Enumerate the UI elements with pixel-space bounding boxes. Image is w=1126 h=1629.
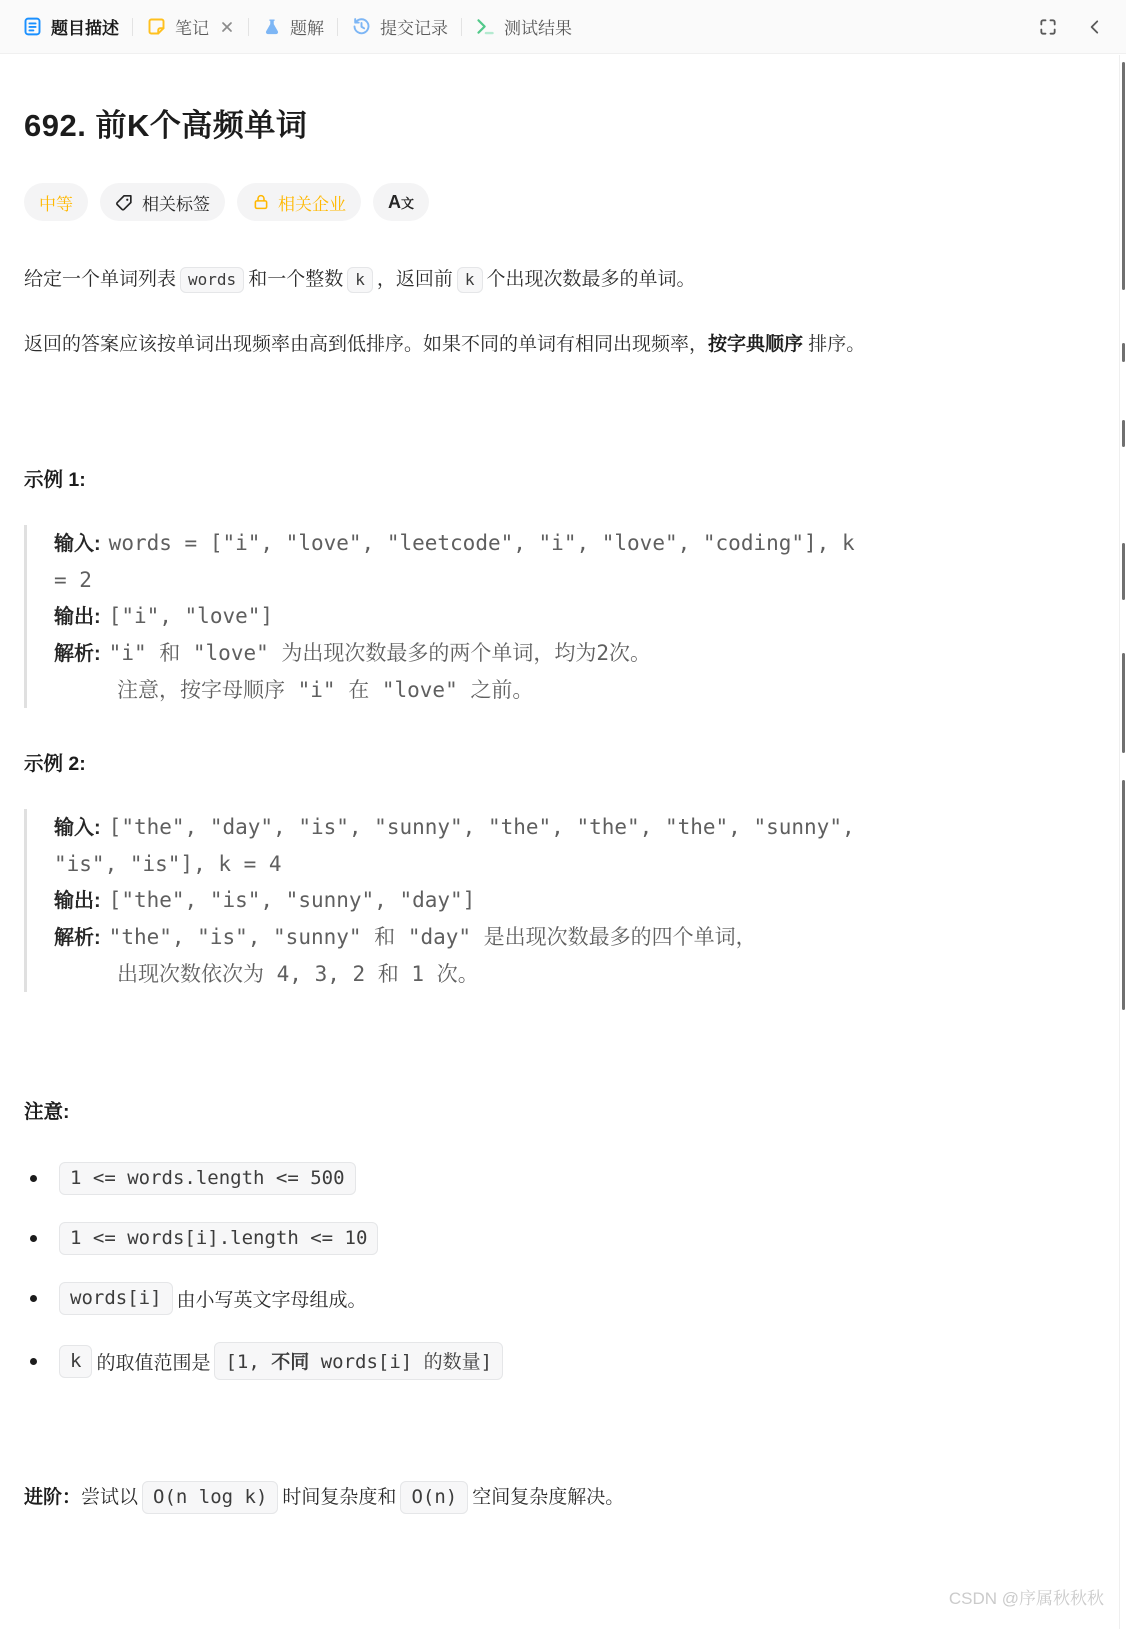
csdn-watermark: CSDN @序属秋秋秋	[949, 1584, 1104, 1609]
description-paragraph-1: 给定一个单词列表words和一个整数k，返回前k个出现次数最多的单词。	[24, 261, 1086, 299]
tab-solutions[interactable]: 题解	[262, 14, 324, 39]
tab-label: 笔记	[175, 14, 209, 39]
scrollbar-mark[interactable]	[1122, 653, 1125, 753]
inline-code: k	[59, 1345, 92, 1378]
page-title: 692. 前K个高频单词	[24, 100, 1086, 145]
inline-code: k	[347, 267, 373, 293]
inline-code: k	[457, 267, 483, 293]
example-2-explanation: 解析:"the", "is", "sunny" 和 "day" 是出现次数最多的…	[54, 919, 1086, 956]
constraints-list: 1 <= words.length <= 500 1 <= words[i].l…	[24, 1162, 1086, 1380]
scrollbar-mark[interactable]	[1122, 780, 1125, 1010]
problem-description-panel: 692. 前K个高频单词 中等 相关标签 相关企业 A文	[0, 100, 1126, 1509]
tab-label: 题目描述	[51, 14, 119, 39]
related-tags-button[interactable]: 相关标签	[100, 183, 225, 221]
tab-problem-description[interactable]: 题目描述	[22, 14, 119, 39]
scrollbar-mark[interactable]	[1122, 343, 1125, 362]
flask-icon	[262, 17, 282, 37]
tab-divider	[461, 18, 462, 36]
tab-notes[interactable]: 笔记	[146, 14, 235, 39]
difficulty-badge[interactable]: 中等	[24, 183, 88, 221]
list-item: words[i]由小写英文字母组成。	[24, 1282, 1086, 1315]
example-1-input-line-1: 输入:words = ["i", "love", "leetcode", "i"…	[54, 525, 1086, 562]
example-2-block: 输入:["the", "day", "is", "sunny", "the", …	[24, 809, 1086, 992]
example-1-heading: 示例 1:	[24, 464, 1086, 492]
tab-submissions[interactable]: 提交记录	[351, 14, 448, 39]
fullscreen-icon[interactable]	[1038, 17, 1058, 37]
list-item: k的取值范围是[1, 不同 words[i] 的数量]	[24, 1342, 1086, 1380]
description-paragraph-2: 返回的答案应该按单词出现频率由高到低排序。如果不同的单词有相同出现频率，按字典顺…	[24, 326, 1086, 364]
scrollbar-mark[interactable]	[1122, 420, 1125, 447]
note-icon	[146, 16, 167, 37]
example-1-block: 输入:words = ["i", "love", "leetcode", "i"…	[24, 525, 1086, 708]
follow-up-paragraph: 进阶：尝试以O(n log k)时间复杂度和O(n)空间复杂度解决。	[24, 1482, 1086, 1509]
related-companies-button[interactable]: 相关企业	[237, 183, 361, 221]
tab-divider	[132, 18, 133, 36]
close-icon[interactable]	[219, 19, 235, 35]
inline-code: 1 <= words[i].length <= 10	[59, 1222, 378, 1255]
lock-icon	[252, 193, 270, 211]
list-item: 1 <= words.length <= 500	[24, 1162, 1086, 1195]
terminal-icon	[475, 16, 496, 37]
translate-button[interactable]: A文	[373, 183, 429, 221]
scrollbar[interactable]	[1119, 55, 1126, 1629]
badge-row: 中等 相关标签 相关企业 A文	[24, 183, 1086, 221]
tab-test-results[interactable]: 测试结果	[475, 14, 572, 39]
tag-icon	[115, 193, 134, 212]
example-2-heading: 示例 2:	[24, 748, 1086, 776]
inline-code: words	[180, 267, 244, 293]
example-1-input-line-2: = 2	[54, 562, 1086, 598]
scrollbar-mark[interactable]	[1122, 543, 1125, 600]
tab-divider	[337, 18, 338, 36]
inline-code: words[i]	[59, 1282, 173, 1315]
example-1-explanation-line-2: 注意，按字母顺序 "i" 在 "love" 之前。	[54, 672, 1086, 708]
related-companies-label: 相关企业	[278, 190, 346, 215]
related-tags-label: 相关标签	[142, 190, 210, 215]
tab-label: 题解	[290, 14, 324, 39]
example-2-output: 输出:["the", "is", "sunny", "day"]	[54, 882, 1086, 919]
inline-code: 1 <= words.length <= 500	[59, 1162, 356, 1195]
description-icon	[22, 16, 43, 37]
history-icon	[351, 16, 372, 37]
inline-code: O(n log k)	[142, 1481, 278, 1514]
tab-label: 提交记录	[380, 14, 448, 39]
list-item: 1 <= words[i].length <= 10	[24, 1222, 1086, 1255]
inline-code: O(n)	[400, 1481, 468, 1514]
tab-divider	[248, 18, 249, 36]
inline-code: [1, 不同 words[i] 的数量]	[214, 1342, 503, 1380]
panel-tab-bar: 题目描述 笔记 题解	[0, 0, 1126, 54]
constraints-heading: 注意:	[24, 1096, 1086, 1124]
example-1-explanation: 解析:"i" 和 "love" 为出现次数最多的两个单词，均为2次。	[54, 635, 1086, 672]
example-2-input-line-2: "is", "is"], k = 4	[54, 846, 1086, 882]
example-2-explanation-line-2: 出现次数依次为 4, 3, 2 和 1 次。	[54, 956, 1086, 992]
scrollbar-mark[interactable]	[1122, 62, 1125, 290]
example-2-input-line-1: 输入:["the", "day", "is", "sunny", "the", …	[54, 809, 1086, 846]
translate-icon: A文	[388, 192, 414, 213]
example-1-output: 输出:["i", "love"]	[54, 598, 1086, 635]
tab-label: 测试结果	[504, 14, 572, 39]
collapse-panel-icon[interactable]	[1086, 18, 1104, 36]
